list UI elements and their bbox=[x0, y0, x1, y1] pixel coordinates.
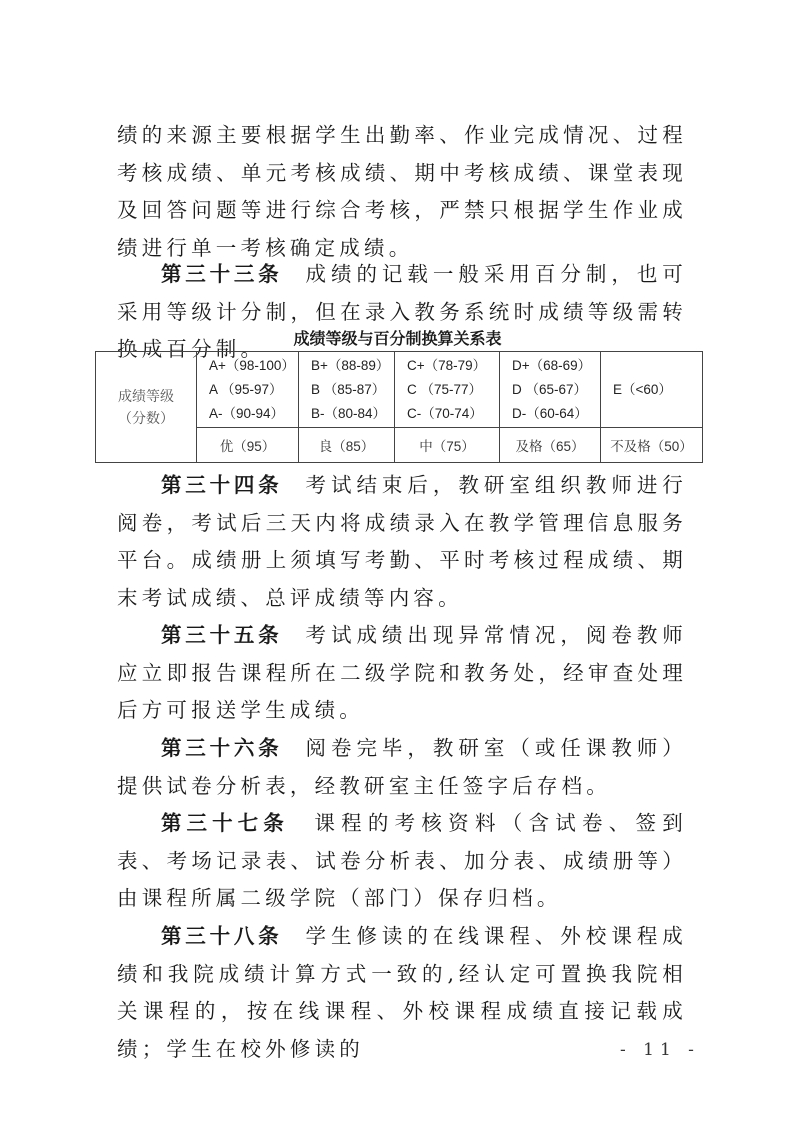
page-number: - 11 - bbox=[620, 1040, 700, 1060]
grade-conversion-table: 成绩等级 （分数） A+（98-100）A （95-97）A-（90-94） B… bbox=[95, 351, 703, 463]
article-36: 第三十六条 阅卷完毕，教研室（或任课教师）提供试卷分析表，经教研室主任签字后存档… bbox=[117, 730, 687, 805]
range-cell-a: A+（98-100）A （95-97）A-（90-94） bbox=[197, 352, 299, 428]
header-line-1: 成绩等级 bbox=[96, 385, 196, 407]
article-34: 第三十四条 考试结束后，教研室组织教师进行阅卷，考试后三天内将成绩录入在教学管理… bbox=[117, 467, 687, 617]
range-cell-e: E（<60） bbox=[601, 352, 703, 428]
table-header-cell: 成绩等级 （分数） bbox=[96, 352, 197, 463]
article-37: 第三十七条 课程的考核资料（含试卷、签到表、考场记录表、试卷分析表、加分表、成绩… bbox=[117, 805, 687, 918]
article-35: 第三十五条 考试成绩出现异常情况，阅卷教师应立即报告课程所在二级学院和教务处，经… bbox=[117, 617, 687, 730]
range-cell-d: D+（68-69）D （65-67）D-（60-64） bbox=[500, 352, 601, 428]
range-cell-c: C+（78-79）C （75-77）C-（70-74） bbox=[395, 352, 500, 428]
level-cell-average: 中（75） bbox=[395, 428, 500, 463]
article-label: 第三十三条 bbox=[161, 262, 282, 286]
paragraph-continuation: 绩的来源主要根据学生出勤率、作业完成情况、过程考核成绩、单元考核成绩、期中考核成… bbox=[117, 117, 687, 267]
table-caption: 成绩等级与百分制换算关系表 bbox=[95, 326, 700, 349]
article-label: 第三十四条 bbox=[161, 473, 282, 497]
level-cell-pass: 及格（65） bbox=[500, 428, 601, 463]
level-cell-excellent: 优（95） bbox=[197, 428, 299, 463]
article-label: 第三十六条 bbox=[161, 736, 282, 760]
article-label: 第三十五条 bbox=[161, 623, 282, 647]
article-label: 第三十七条 bbox=[161, 811, 289, 835]
level-cell-good: 良（85） bbox=[299, 428, 395, 463]
header-line-2: （分数） bbox=[96, 407, 196, 429]
article-label: 第三十八条 bbox=[161, 924, 282, 948]
article-38: 第三十八条 学生修读的在线课程、外校课程成绩和我院成绩计算方式一致的,经认定可置… bbox=[117, 918, 687, 1068]
level-cell-fail: 不及格（50） bbox=[601, 428, 703, 463]
range-cell-b: B+（88-89）B （85-87）B-（80-84） bbox=[299, 352, 395, 428]
